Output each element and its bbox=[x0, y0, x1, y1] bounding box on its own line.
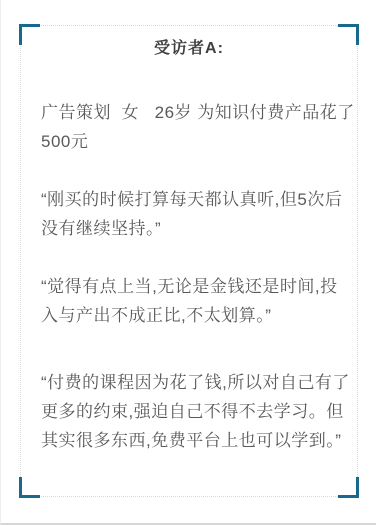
interview-quote-card: 受访者A: 广告策划 女 26岁 为知识付费产品花了 500元 “刚买的时候打算… bbox=[20, 25, 358, 497]
text-line: 入与产出不成正比,不太划算。” bbox=[41, 301, 337, 330]
text-line: “觉得有点上当,无论是金钱还是时间,投 bbox=[41, 272, 337, 301]
corner-bracket-bottom-left-icon bbox=[19, 477, 40, 498]
text-line: “付费的课程因为花了钱,所以对自己有了 bbox=[41, 368, 337, 397]
corner-bracket-bottom-right-icon bbox=[338, 477, 359, 498]
text-line: 没有继续坚持。” bbox=[41, 214, 337, 243]
text-line: 更多的约束,强迫自己不得不去学习。但 bbox=[41, 397, 337, 426]
card-title: 受访者A: bbox=[41, 38, 337, 60]
text-line: 其实很多东西,免费平台上也可以学到。” bbox=[41, 426, 337, 455]
article-page: 受访者A: 广告策划 女 26岁 为知识付费产品花了 500元 “刚买的时候打算… bbox=[0, 0, 376, 525]
paragraph-quote-2: “觉得有点上当,无论是金钱还是时间,投 入与产出不成正比,不太划算。” bbox=[41, 272, 337, 330]
text-line: “刚买的时候打算每天都认真听,但5次后 bbox=[41, 185, 337, 214]
paragraph-quote-1: “刚买的时候打算每天都认真听,但5次后 没有继续坚持。” bbox=[41, 185, 337, 243]
paragraph-quote-3: “付费的课程因为花了钱,所以对自己有了 更多的约束,强迫自己不得不去学习。但 其… bbox=[41, 368, 337, 455]
text-line: 500元 bbox=[41, 127, 337, 156]
paragraph-profile: 广告策划 女 26岁 为知识付费产品花了 500元 bbox=[41, 98, 337, 156]
corner-bracket-top-right-icon bbox=[338, 24, 359, 45]
card-content: 受访者A: 广告策划 女 26岁 为知识付费产品花了 500元 “刚买的时候打算… bbox=[21, 26, 357, 455]
text-line: 广告策划 女 26岁 为知识付费产品花了 bbox=[41, 98, 337, 127]
corner-bracket-top-left-icon bbox=[19, 24, 40, 45]
